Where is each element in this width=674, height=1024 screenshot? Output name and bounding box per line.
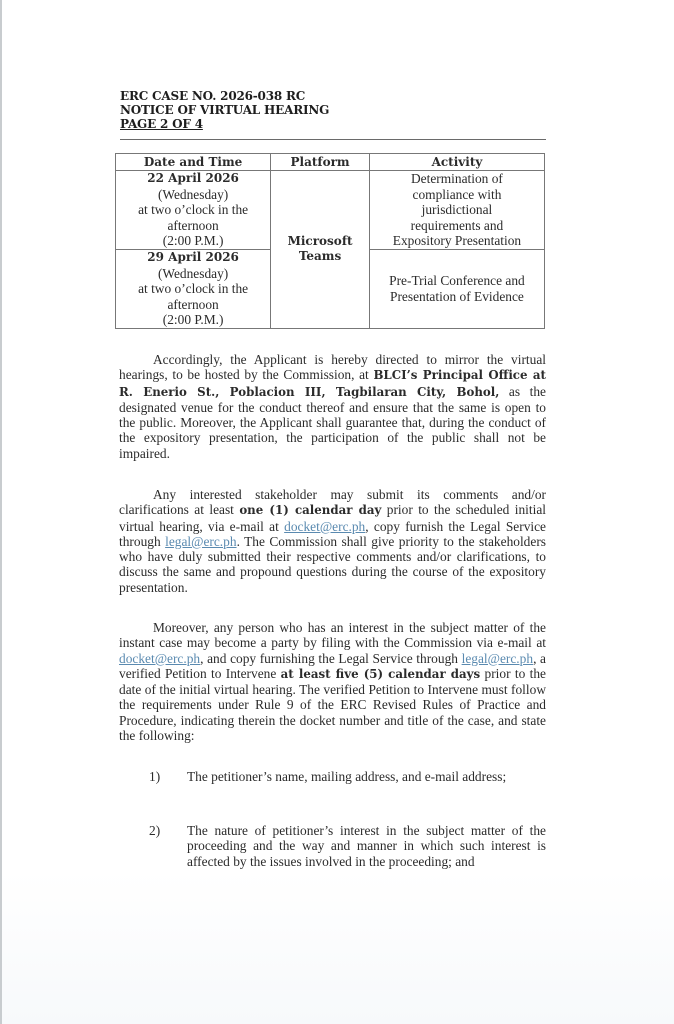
date-time-cell: 29 April 2026 (Wednesday) at two o’clock… [116,249,271,328]
hearing-date: 22 April 2026 [118,171,268,187]
activity-line: Pre-Trial Conference and [372,273,542,289]
list-item: 1) The petitioner’s name, mailing addres… [119,769,546,784]
hearing-day: (Wednesday) [118,266,268,282]
hearing-day: (Wednesday) [118,187,268,203]
docket-email-link[interactable]: docket@erc.ph [284,519,365,534]
document-page: ERC CASE NO. 2026-038 RC NOTICE OF VIRTU… [0,0,674,1024]
column-header-date-time: Date and Time [116,154,271,171]
page-indicator: PAGE 2 OF 4 [120,117,329,131]
header-divider [120,139,546,140]
list-text: The petitioner’s name, mailing address, … [187,769,546,784]
document-header: ERC CASE NO. 2026-038 RC NOTICE OF VIRTU… [120,89,329,131]
activity-cell: Pre-Trial Conference and Presentation of… [369,249,544,328]
hearing-time-line: at two o’clock in the [118,281,268,297]
activity-line: compliance with [372,187,542,203]
activity-line: Expository Presentation [372,233,542,249]
paragraph-text: Moreover, any person who has an interest… [119,620,546,650]
hearing-time-line: afternoon [118,297,268,313]
notice-title: NOTICE OF VIRTUAL HEARING [120,103,329,117]
hearing-time-line: afternoon [118,218,268,234]
list-number: 2) [149,823,160,838]
list-item: 2) The nature of petitioner’s interest i… [119,823,546,869]
column-header-activity: Activity [369,154,544,171]
column-header-platform: Platform [271,154,370,171]
case-number: ERC CASE NO. 2026-038 RC [120,89,329,103]
platform-cell: Microsoft Teams [271,171,370,329]
legal-email-link[interactable]: legal@erc.ph [462,651,533,666]
activity-line: requirements and [372,218,542,234]
paragraph-stakeholder-comments: Any interested stakeholder may submit it… [119,487,546,595]
paragraph-petition-to-intervene: Moreover, any person who has an interest… [119,620,546,743]
platform-name: Teams [273,249,367,265]
hearing-time-line: (2:00 P.M.) [118,312,268,328]
deadline-emphasis: at least five (5) calendar days [281,667,481,681]
hearing-date: 29 April 2026 [118,250,268,266]
hearing-time-line: at two o’clock in the [118,202,268,218]
activity-line: Determination of [372,171,542,187]
activity-line: jurisdictional [372,202,542,218]
date-time-cell: 22 April 2026 (Wednesday) at two o’clock… [116,171,271,250]
activity-line: Presentation of Evidence [372,289,542,305]
deadline-emphasis: one (1) calendar day [239,503,381,517]
docket-email-link[interactable]: docket@erc.ph [119,651,200,666]
paragraph-text: , and copy furnishing the Legal Service … [200,651,462,666]
paragraph-venue: Accordingly, the Applicant is hereby dir… [119,352,546,461]
activity-cell: Determination of compliance with jurisdi… [369,171,544,250]
table-row: 22 April 2026 (Wednesday) at two o’clock… [116,171,545,250]
table-header-row: Date and Time Platform Activity [116,154,545,171]
hearing-schedule-table: Date and Time Platform Activity 22 April… [115,153,545,329]
platform-name: Microsoft [273,234,367,250]
list-number: 1) [149,769,160,784]
legal-email-link[interactable]: legal@erc.ph [165,534,236,549]
list-text: The nature of petitioner’s interest in t… [187,823,546,869]
hearing-time-line: (2:00 P.M.) [118,233,268,249]
